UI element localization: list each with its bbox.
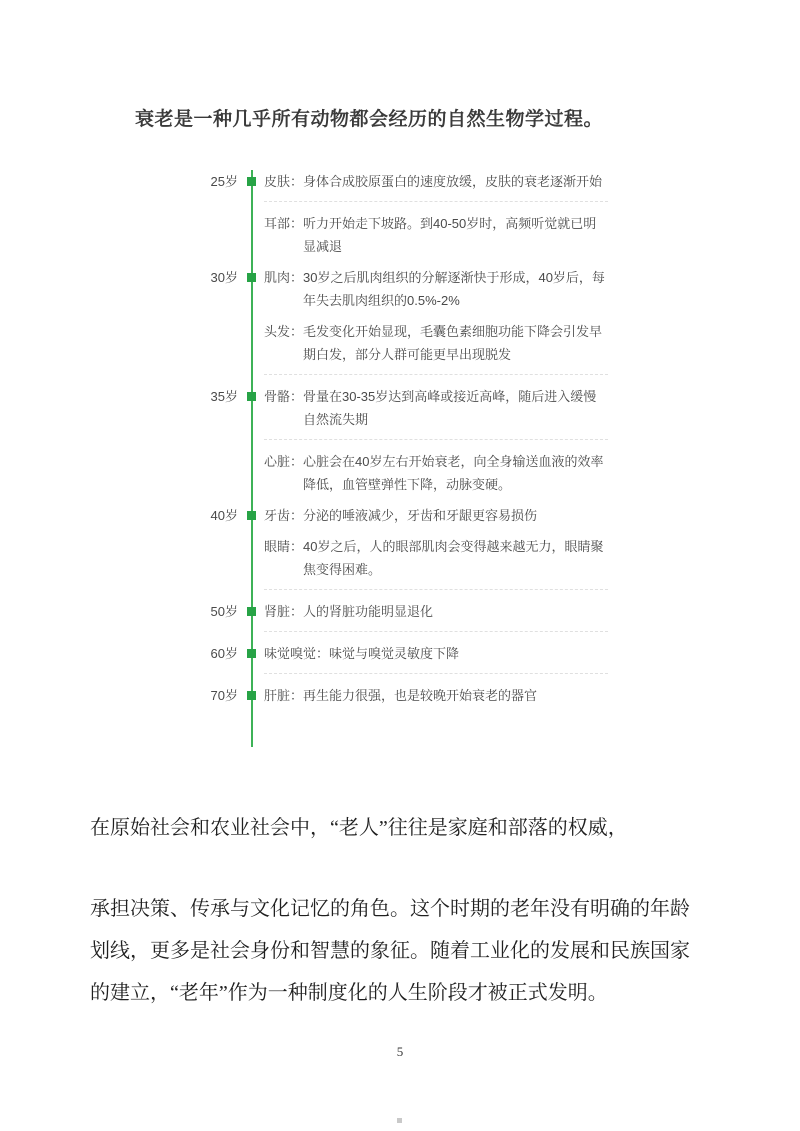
organ-description: 40岁之后，人的眼部肌肉会变得越来越无力，眼睛聚焦变得困难。	[303, 535, 608, 581]
marker-cell	[238, 170, 264, 193]
organ-label: 头发：	[264, 320, 303, 366]
dashed-divider	[264, 673, 608, 674]
age-label: 35岁	[180, 385, 238, 431]
timeline-row-taste-smell: 60岁 味觉嗅觉： 味觉与嗅觉灵敏度下降	[180, 642, 608, 665]
dashed-divider	[264, 589, 608, 590]
timeline-row-hair: 头发： 毛发变化开始显现，毛囊色素细胞功能下降会引发早期白发，部分人群可能更早出…	[180, 320, 608, 366]
organ-description: 分泌的唾液减少，牙齿和牙龈更容易损伤	[303, 504, 608, 527]
organ-description: 再生能力很强，也是较晚开始衰老的器官	[303, 684, 608, 707]
paragraph-2-line: 划线，更多是社会身份和智慧的象征。随着工业化的发展和民族国家	[90, 930, 718, 972]
timeline-row-bones: 35岁 骨骼： 骨量在30-35岁达到高峰或接近高峰，随后进入缓慢自然流失期	[180, 385, 608, 431]
organ-label: 心脏：	[264, 450, 303, 496]
age-label: 30岁	[180, 266, 238, 312]
document-page: { "title": "衰老是一种几乎所有动物都会经历的自然生物学过程。", "…	[0, 0, 800, 1131]
timeline-marker-icon	[247, 392, 256, 401]
paragraph-2: 承担决策、传承与文化记忆的角色。这个时期的老年没有明确的年龄 划线，更多是社会身…	[90, 888, 718, 1014]
timeline-row-skin: 25岁 皮肤： 身体合成胶原蛋白的速度放缓，皮肤的衰老逐渐开始	[180, 170, 608, 193]
organ-label: 眼睛：	[264, 535, 303, 581]
paragraph-2-line: 的建立，“老年”作为一种制度化的人生阶段才被正式发明。	[90, 972, 718, 1014]
timeline-row-heart: 心脏： 心脏会在40岁左右开始衰老，向全身输送血液的效率降低，血管壁弹性下降，动…	[180, 450, 608, 496]
age-label: 25岁	[180, 170, 238, 193]
age-label: 40岁	[180, 504, 238, 527]
age-label	[180, 320, 238, 366]
timeline-marker-icon	[247, 691, 256, 700]
timeline-row-eyes: 眼睛： 40岁之后，人的眼部肌肉会变得越来越无力，眼睛聚焦变得困难。	[180, 535, 608, 581]
organ-label: 耳部：	[264, 212, 303, 258]
timeline-row-liver: 70岁 肝脏： 再生能力很强，也是较晚开始衰老的器官	[180, 684, 608, 707]
next-page-edge-artifact	[397, 1118, 402, 1123]
organ-label: 骨骼：	[264, 385, 303, 431]
dashed-divider	[264, 439, 608, 440]
organ-label: 肾脏：	[264, 600, 303, 623]
organ-label: 牙齿：	[264, 504, 303, 527]
age-label: 60岁	[180, 642, 238, 665]
organ-label: 味觉嗅觉：	[264, 642, 329, 665]
marker-cell	[238, 600, 264, 623]
timeline-marker-icon	[247, 177, 256, 186]
organ-description: 骨量在30-35岁达到高峰或接近高峰，随后进入缓慢自然流失期	[303, 385, 608, 431]
paragraph-1: 在原始社会和农业社会中，“老人”往往是家庭和部落的权威，	[90, 812, 718, 844]
paragraph-2-line: 承担决策、传承与文化记忆的角色。这个时期的老年没有明确的年龄	[90, 888, 718, 930]
page-title: 衰老是一种几乎所有动物都会经历的自然生物学过程。	[135, 104, 603, 131]
marker-cell	[238, 684, 264, 707]
timeline-marker-icon	[247, 649, 256, 658]
marker-cell	[238, 385, 264, 431]
age-label	[180, 535, 238, 581]
age-label: 50岁	[180, 600, 238, 623]
dashed-divider	[264, 374, 608, 375]
organ-description: 听力开始走下坡路。到40-50岁时，高频听觉就已明显减退	[303, 212, 608, 258]
timeline-marker-icon	[247, 273, 256, 282]
organ-description: 味觉与嗅觉灵敏度下降	[329, 642, 608, 665]
timeline-row-muscle: 30岁 肌肉： 30岁之后肌肉组织的分解逐渐快于形成，40岁后，每年失去肌肉组织…	[180, 266, 608, 312]
organ-label: 皮肤：	[264, 170, 303, 193]
organ-label: 肌肉：	[264, 266, 303, 312]
marker-cell	[238, 535, 264, 581]
marker-cell	[238, 642, 264, 665]
timeline-marker-icon	[247, 511, 256, 520]
page-number: 5	[0, 1044, 800, 1060]
dashed-divider	[264, 631, 608, 632]
age-label	[180, 450, 238, 496]
timeline-marker-icon	[247, 607, 256, 616]
age-label	[180, 212, 238, 258]
timeline-row-teeth: 40岁 牙齿： 分泌的唾液减少，牙齿和牙龈更容易损伤	[180, 504, 608, 527]
organ-description: 30岁之后肌肉组织的分解逐渐快于形成，40岁后，每年失去肌肉组织的0.5%-2%	[303, 266, 608, 312]
timeline-row-ears: 耳部： 听力开始走下坡路。到40-50岁时，高频听觉就已明显减退	[180, 212, 608, 258]
age-label: 70岁	[180, 684, 238, 707]
organ-description: 人的肾脏功能明显退化	[303, 600, 608, 623]
organ-description: 毛发变化开始显现，毛囊色素细胞功能下降会引发早期白发，部分人群可能更早出现脱发	[303, 320, 608, 366]
aging-timeline: 25岁 皮肤： 身体合成胶原蛋白的速度放缓，皮肤的衰老逐渐开始 耳部： 听力开始…	[180, 170, 608, 715]
marker-cell	[238, 504, 264, 527]
organ-label: 肝脏：	[264, 684, 303, 707]
marker-cell	[238, 266, 264, 312]
body-text: 在原始社会和农业社会中，“老人”往往是家庭和部落的权威， 承担决策、传承与文化记…	[90, 812, 718, 1014]
marker-cell	[238, 320, 264, 366]
marker-cell	[238, 450, 264, 496]
organ-description: 身体合成胶原蛋白的速度放缓，皮肤的衰老逐渐开始	[303, 170, 608, 193]
organ-description: 心脏会在40岁左右开始衰老，向全身输送血液的效率降低，血管壁弹性下降，动脉变硬。	[303, 450, 608, 496]
timeline-row-kidneys: 50岁 肾脏： 人的肾脏功能明显退化	[180, 600, 608, 623]
marker-cell	[238, 212, 264, 258]
dashed-divider	[264, 201, 608, 202]
